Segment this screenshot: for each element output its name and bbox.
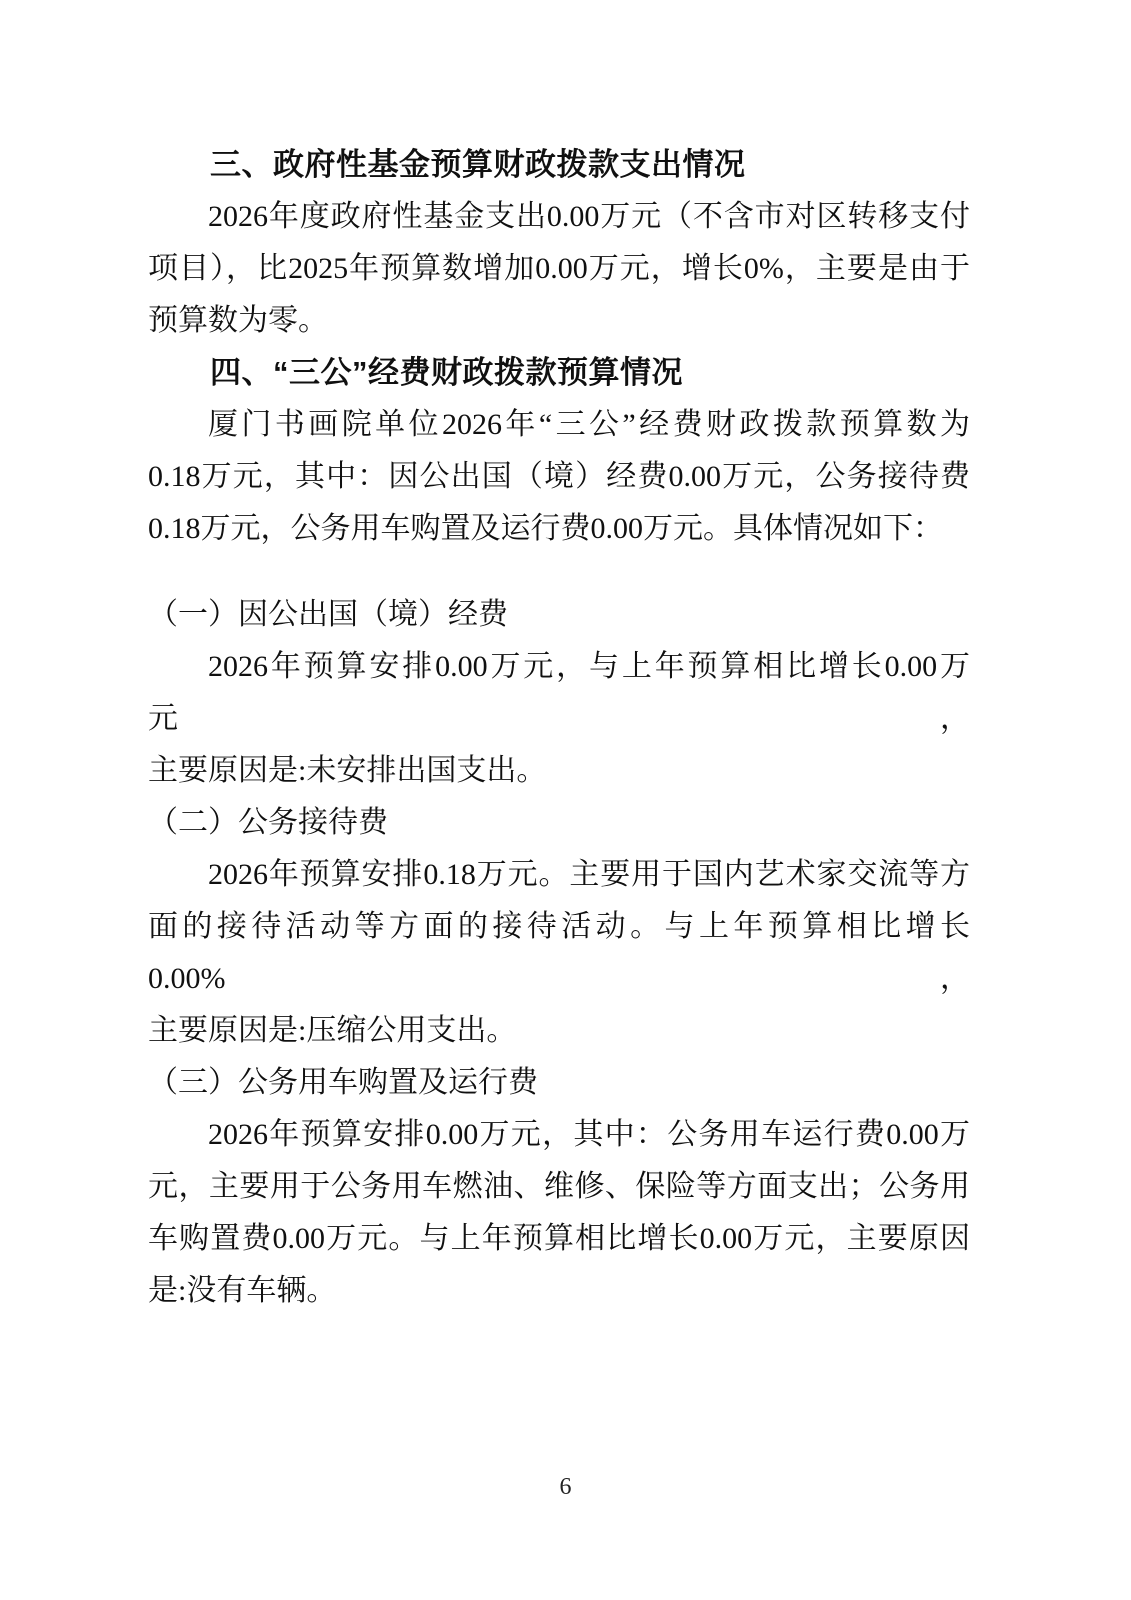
subsection-3-paragraph-line: 车购置费0.00万元。与上年预算相比增长0.00万元，主要原因 (148, 1213, 970, 1265)
subsection-3-heading: （三）公务用车购置及运行费 (148, 1057, 970, 1109)
subsection-3-paragraph-line: 2026年预算安排0.00万元，其中：公务用车运行费0.00万 (148, 1109, 970, 1161)
section-4-paragraph-line: 0.18万元，公务用车购置及运行费0.00万元。具体情况如下： (148, 503, 970, 555)
subsection-2-paragraph-line: 主要原因是:压缩公用支出。 (148, 1005, 970, 1057)
subsection-1-paragraph-line: 主要原因是:未安排出国支出。 (148, 745, 970, 797)
section-4-paragraph-line: 厦门书画院单位2026年“三公”经费财政拨款预算数为 (148, 399, 970, 451)
subsection-3-paragraph-line: 是:没有车辆。 (148, 1265, 970, 1317)
subsection-2-paragraph-line: 2026年预算安排0.18万元。主要用于国内艺术家交流等方 (148, 849, 970, 901)
subsection-2-heading: （二）公务接待费 (148, 797, 970, 849)
subsection-1-heading: （一）因公出国（境）经费 (148, 589, 970, 641)
document-body: 三、政府性基金预算财政拨款支出情况 2026年度政府性基金支出0.00万元（不含… (148, 139, 970, 1317)
page-number: 6 (0, 1472, 1131, 1502)
subsection-2-paragraph-line: 面的接待活动等方面的接待活动。与上年预算相比增长0.00%， (148, 901, 970, 1005)
section-3-paragraph-line: 预算数为零。 (148, 295, 970, 347)
subsection-3-paragraph-line: 元，主要用于公务用车燃油、维修、保险等方面支出；公务用 (148, 1161, 970, 1213)
section-3-paragraph-line: 2026年度政府性基金支出0.00万元（不含市对区转移支付 (148, 191, 970, 243)
section-3-heading: 三、政府性基金预算财政拨款支出情况 (148, 139, 970, 191)
subsection-1-paragraph-line: 2026年预算安排0.00万元，与上年预算相比增长0.00万元， (148, 641, 970, 745)
section-4-paragraph-line: 0.18万元，其中：因公出国（境）经费0.00万元，公务接待费 (148, 451, 970, 503)
section-4-heading: 四、“三公”经费财政拨款预算情况 (148, 347, 970, 399)
section-3-paragraph-line: 项目），比2025年预算数增加0.00万元，增长0%，主要是由于 (148, 243, 970, 295)
